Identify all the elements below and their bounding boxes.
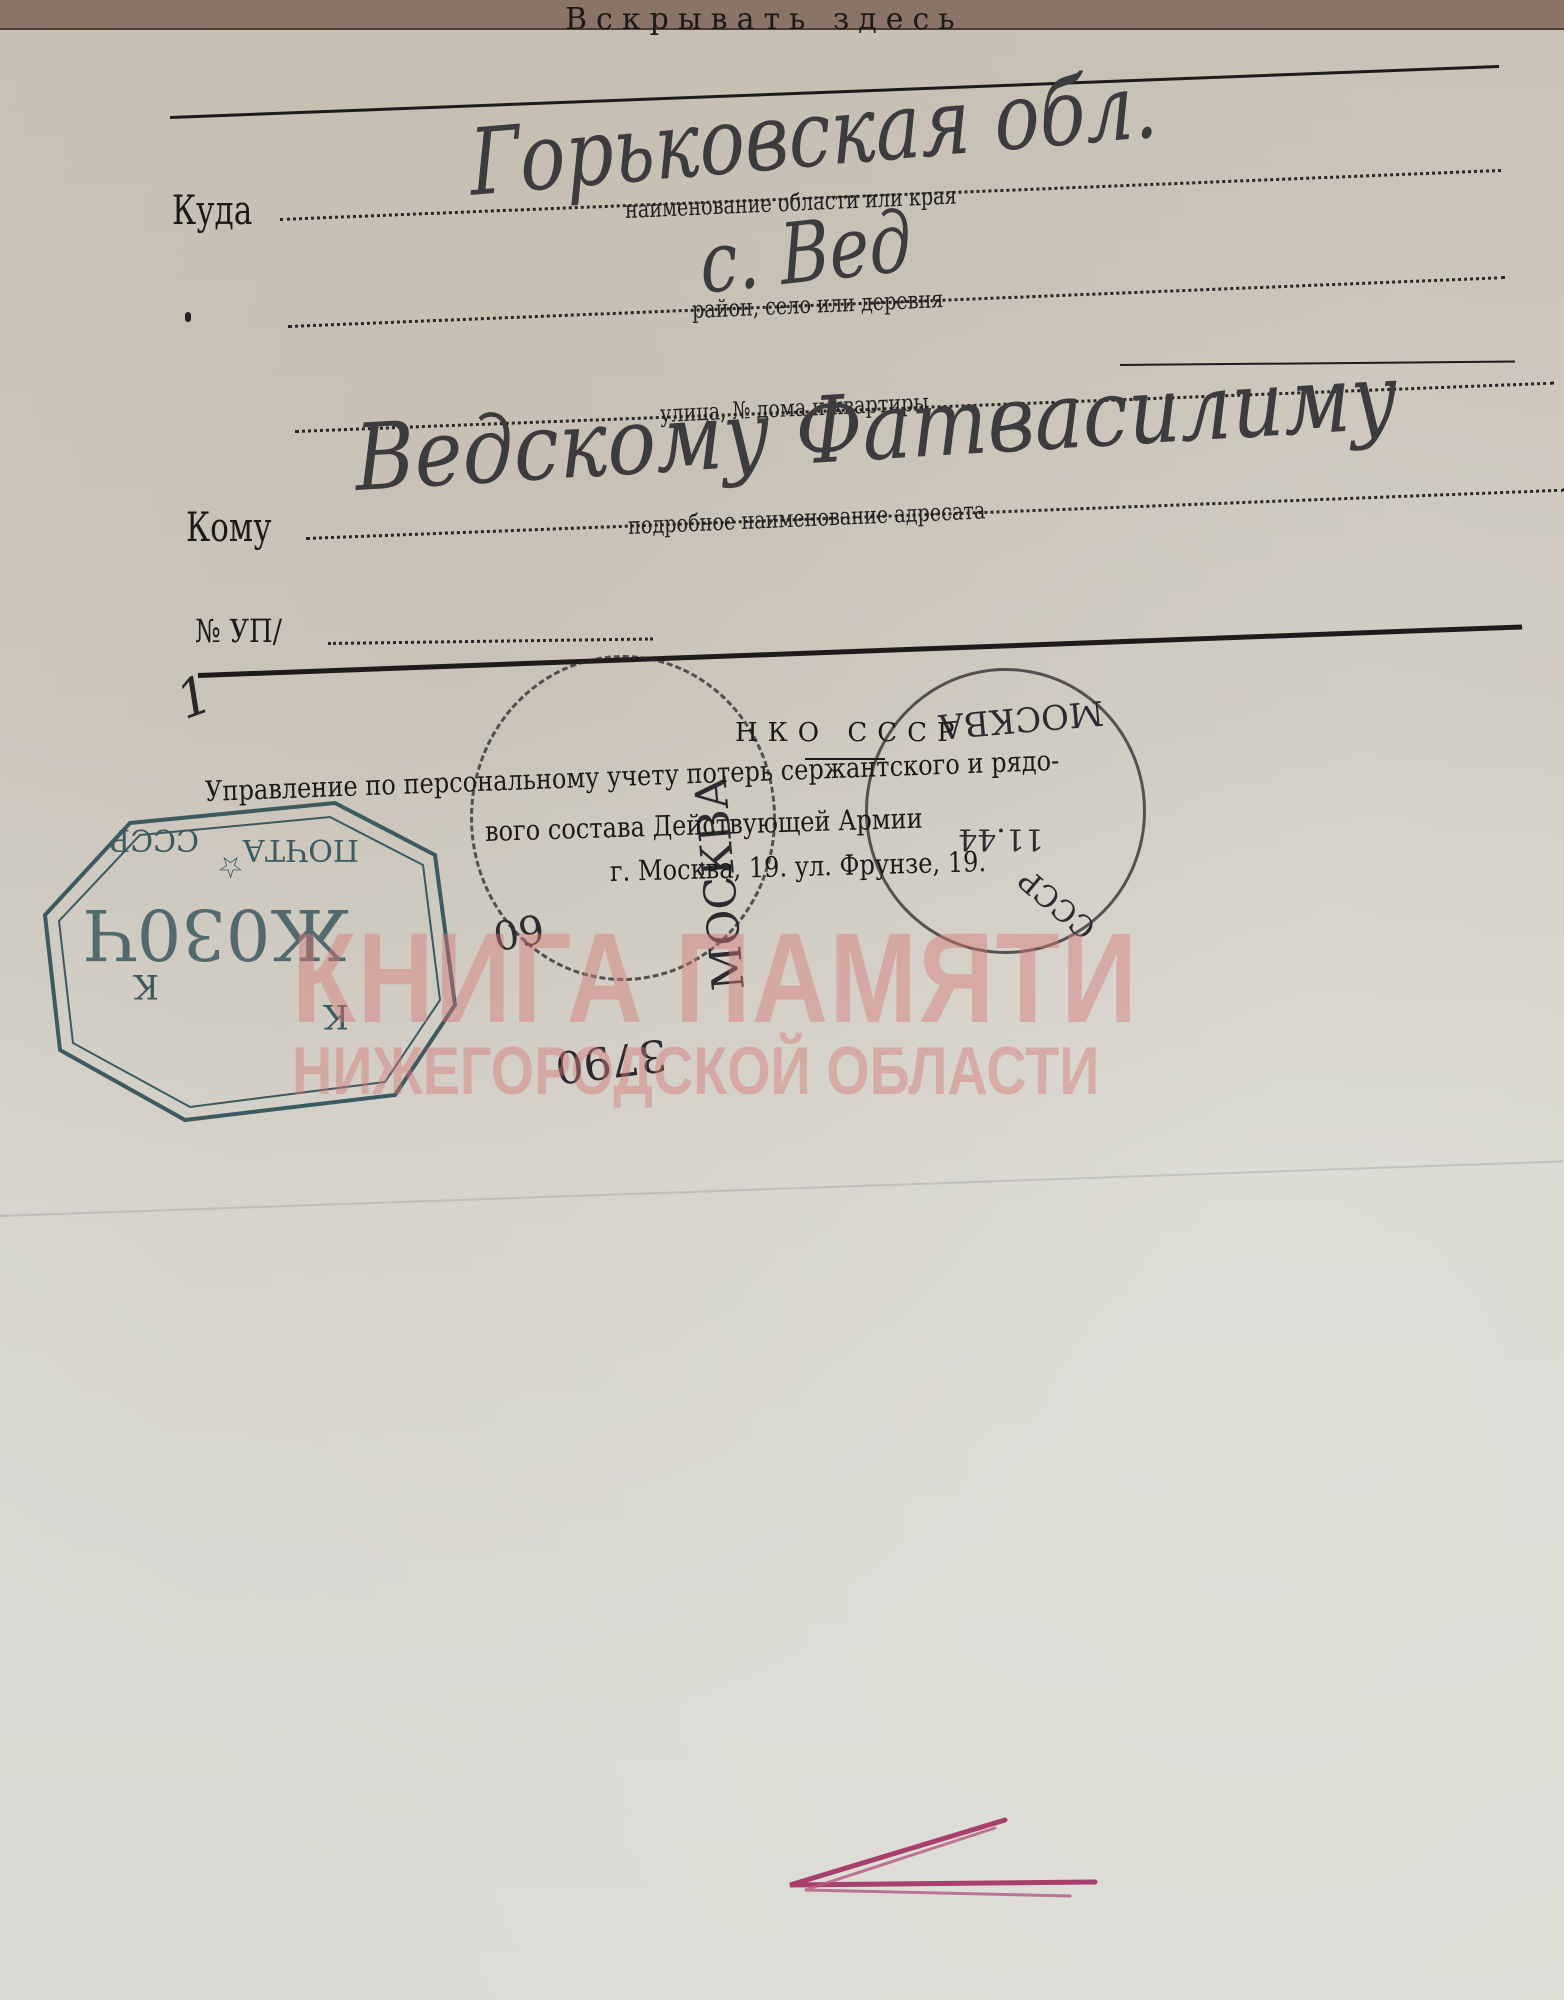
up-label: № УП/ bbox=[195, 612, 282, 650]
sender-header: НКО СССР bbox=[735, 718, 965, 748]
red-pencil-mark bbox=[780, 1810, 1120, 1900]
to-where-label: Куда bbox=[172, 188, 252, 234]
svg-text:ПОЧТА: ПОЧТА bbox=[242, 832, 359, 867]
svg-text:☆: ☆ bbox=[217, 849, 244, 884]
bullet-dot bbox=[185, 312, 191, 322]
svg-text:СССР: СССР bbox=[110, 822, 199, 857]
watermark-line-1: КНИГА ПАМЯТИ bbox=[292, 905, 1138, 1052]
watermark-line-2: НИЖЕГОРОДСКОЙ ОБЛАСТИ bbox=[292, 1032, 1099, 1110]
open-here-label: Вскрывать здесь bbox=[565, 2, 964, 37]
to-whom-label: Кому bbox=[186, 505, 272, 551]
